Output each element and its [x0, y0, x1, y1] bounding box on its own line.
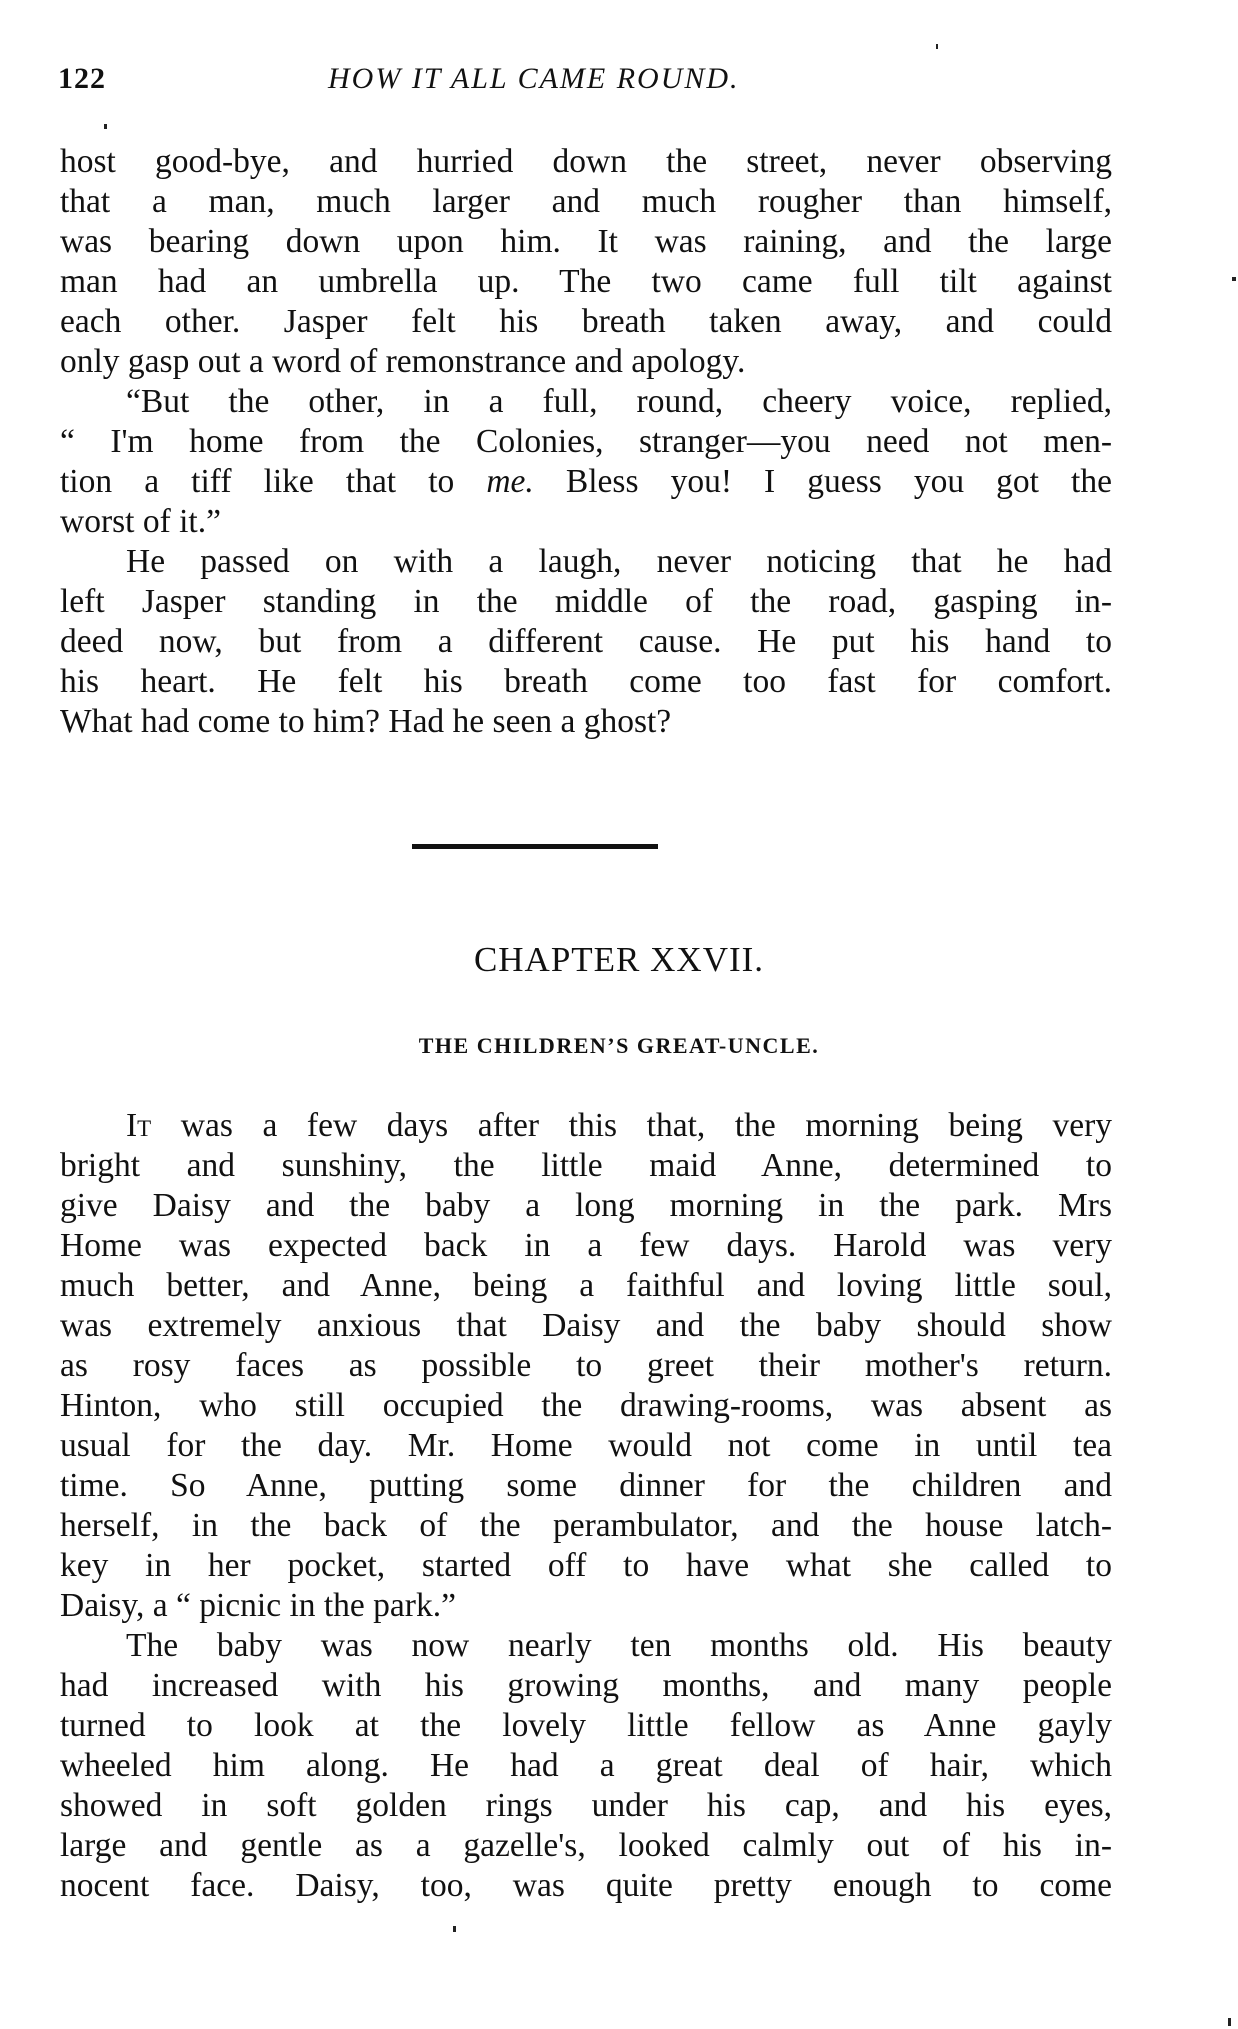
text-line: Home was expected back in a few days. Ha…	[60, 1226, 1112, 1266]
scan-speck	[104, 124, 107, 129]
text-line: bright and sunshiny, the little maid Ann…	[60, 1146, 1112, 1186]
italic-emphasis: me.	[486, 463, 533, 500]
text-line: deed now, but from a different cause. He…	[60, 622, 1112, 662]
text-line: turned to look at the lovely little fell…	[60, 1706, 1112, 1746]
text-line: wheeled him along. He had a great deal o…	[60, 1746, 1112, 1786]
text-line: give Daisy and the baby a long morning i…	[60, 1186, 1112, 1226]
text-line: large and gentle as a gazelle's, looked …	[60, 1826, 1112, 1866]
scan-speck	[1228, 2018, 1231, 2026]
text-segment: tion a tiff like that to	[60, 463, 486, 500]
text-line: The baby was now nearly ten months old. …	[126, 1626, 1112, 1666]
scan-speck	[453, 1926, 456, 1932]
text-segment: Bless you! I guess you got the	[534, 463, 1112, 500]
text-line: man had an umbrella up. The two came ful…	[60, 262, 1112, 302]
chapter-title: CHAPTER XXVII.	[0, 940, 1238, 980]
text-line: “But the other, in a full, round, cheery…	[126, 382, 1112, 422]
text-line: He passed on with a laugh, never noticin…	[126, 542, 1112, 582]
text-line: key in her pocket, started off to have w…	[60, 1546, 1112, 1586]
text-line: his heart. He felt his breath come too f…	[60, 662, 1112, 702]
text-line: time. So Anne, putting some dinner for t…	[60, 1466, 1112, 1506]
dropcap: It	[126, 1107, 151, 1144]
text-line: Hinton, who still occupied the drawing-r…	[60, 1386, 1112, 1426]
text-line: was bearing down upon him. It was rainin…	[60, 222, 1112, 262]
text-line: much better, and Anne, being a faithful …	[60, 1266, 1112, 1306]
chapter-subtitle: THE CHILDREN’S GREAT-UNCLE.	[0, 1033, 1238, 1059]
text-line: “ I'm home from the Colonies, stranger—y…	[60, 422, 1112, 462]
text-line: that a man, much larger and much rougher…	[60, 182, 1112, 222]
text-line: was extremely anxious that Daisy and the…	[60, 1306, 1112, 1346]
text-segment: was a few days after this that, the morn…	[151, 1107, 1112, 1144]
section-divider-rule	[412, 844, 658, 849]
text-line: worst of it.”	[60, 502, 1112, 542]
text-line: host good-bye, and hurried down the stre…	[60, 142, 1112, 182]
running-head: 122 HOW IT ALL CAME ROUND.	[58, 62, 1108, 102]
running-title: HOW IT ALL CAME ROUND.	[328, 62, 740, 96]
scan-speck	[936, 44, 938, 49]
text-line: had increased with his growing months, a…	[60, 1666, 1112, 1706]
text-line: nocent face. Daisy, too, was quite prett…	[60, 1866, 1112, 1906]
book-page: 122 HOW IT ALL CAME ROUND. host good-bye…	[0, 0, 1238, 2029]
text-line: each other. Jasper felt his breath taken…	[60, 302, 1112, 342]
text-line: as rosy faces as possible to greet their…	[60, 1346, 1112, 1386]
page-number: 122	[58, 62, 106, 96]
text-line: herself, in the back of the perambulator…	[60, 1506, 1112, 1546]
text-line-with-dropcap: It was a few days after this that, the m…	[126, 1106, 1112, 1146]
text-line: left Jasper standing in the middle of th…	[60, 582, 1112, 622]
text-line: usual for the day. Mr. Home would not co…	[60, 1426, 1112, 1466]
text-line-with-italic: tion a tiff like that to me. Bless you! …	[60, 462, 1112, 502]
text-line: What had come to him? Had he seen a ghos…	[60, 702, 1112, 742]
text-line: Daisy, a “ picnic in the park.”	[60, 1586, 1112, 1626]
scan-speck	[1232, 277, 1236, 281]
text-line: only gasp out a word of remonstrance and…	[60, 342, 1112, 382]
text-line: showed in soft golden rings under his ca…	[60, 1786, 1112, 1826]
